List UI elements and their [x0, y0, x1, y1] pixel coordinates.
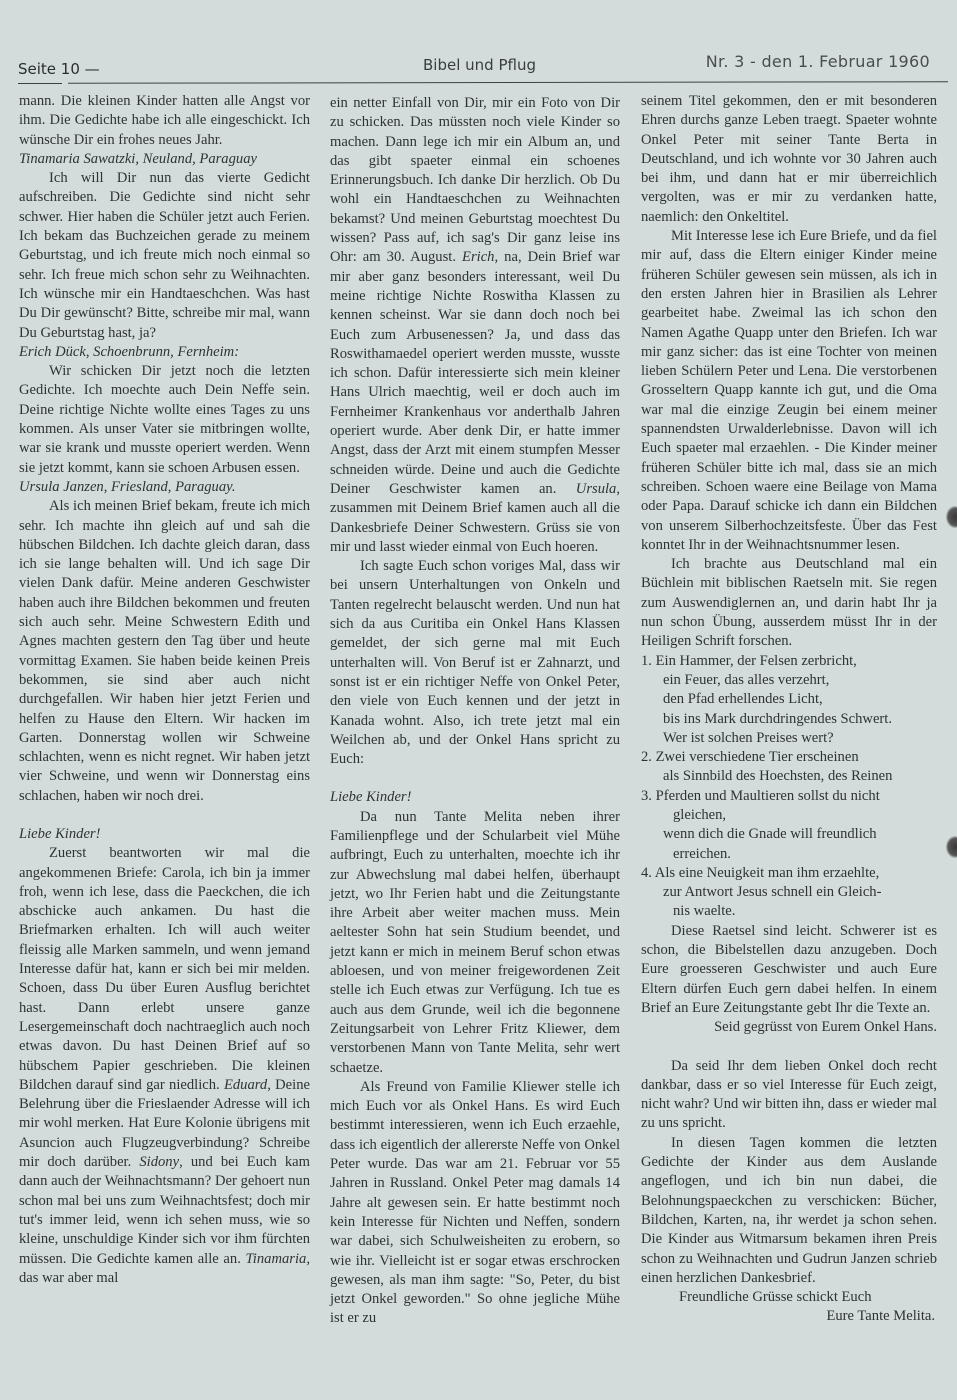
spacer — [330, 769, 620, 788]
paragraph: Da seid Ihr dem lieben Onkel doch recht … — [641, 1057, 937, 1134]
paragraph: ein netter Einfall von Dir, mir ein Foto… — [330, 94, 620, 557]
paragraph: Ich will Dir nun das vierte Gedicht aufs… — [19, 169, 310, 343]
paragraph: Ich brachte aus Deutschland mal ein Büch… — [641, 555, 937, 651]
riddle-number: 4. — [641, 865, 652, 881]
spacer — [19, 806, 310, 825]
riddle-line: bis ins Mark durchdringendes Schwert. — [641, 710, 937, 729]
name-eduard: Eduard — [224, 1077, 267, 1093]
riddle-list: 1. Ein Hammer, der Felsen zerbricht, ein… — [641, 652, 937, 922]
riddle-line: gleichen, — [641, 806, 937, 825]
paragraph: seinem Titel gekommen, den er mit besond… — [641, 92, 937, 227]
riddle-number: 3. — [641, 788, 652, 804]
paragraph: In diesen Tagen kommen die letzten Gedic… — [641, 1134, 937, 1288]
page-number: Seite 10 — — [18, 60, 100, 78]
paragraph: Mit Interesse lese ich Eure Briefe, und … — [641, 227, 937, 555]
riddle-line: wenn dich die Gnade will freundlich — [641, 825, 937, 844]
binder-hole — [946, 506, 957, 528]
text-run: ein netter Einfall von Dir, mir ein Foto… — [330, 95, 620, 265]
header-rule-short — [18, 83, 62, 84]
name-tinamaria: Tinamaria, — [246, 1251, 310, 1267]
letter-signature: Tinamaria Sawatzki, Neuland, Paraguay — [19, 150, 310, 169]
riddle-item: 4. Als eine Neuigkeit man ihm erzaehlte, — [641, 864, 937, 883]
salutation: Liebe Kinder! — [330, 788, 620, 807]
riddle-line: Wer ist solchen Preises wert? — [641, 729, 937, 748]
riddle-line: erreichen. — [641, 845, 937, 864]
text-run: Zuerst beantworten wir mal die angekomme… — [19, 845, 310, 1093]
column-1: mann. Die kleinen Kinder hatten alle Ang… — [19, 92, 310, 1288]
paragraph: Als Freund von Familie Kliewer stelle ic… — [330, 1078, 620, 1329]
paragraph: Ich sagte Euch schon voriges Mal, dass w… — [330, 557, 620, 769]
riddle-line: nis waelte. — [641, 902, 937, 921]
header-rule — [68, 81, 948, 84]
publication-title: Bibel und Pflug — [423, 56, 536, 74]
riddle-line: den Pfad erhellendes Licht, — [641, 690, 937, 709]
issue-date: Nr. 3 - den 1. Februar 1960 — [706, 52, 930, 71]
riddle-line: Als eine Neuigkeit man ihm erzaehlte, — [655, 865, 880, 881]
text-run: , na, Dein Brief war mir aber ganz beson… — [330, 249, 620, 497]
paragraph: Diese Raetsel sind leicht. Schwerer ist … — [641, 922, 937, 1018]
paragraph: Zuerst beantworten wir mal die angekomme… — [19, 844, 310, 1288]
closing-line: Freundliche Grüsse schickt Euch — [641, 1288, 937, 1307]
signature: Eure Tante Melita. — [641, 1307, 937, 1326]
name-ursula: Ursula — [576, 481, 617, 497]
paragraph: Da nun Tante Melita neben ihrer Familien… — [330, 808, 620, 1078]
riddle-number: 2. — [641, 749, 652, 765]
riddle-item: 1. Ein Hammer, der Felsen zerbricht, — [641, 652, 937, 671]
name-erich: Erich — [462, 249, 494, 265]
riddle-item: 3. Pferden und Maultieren sollst du nich… — [641, 787, 937, 806]
spacer — [641, 1038, 937, 1057]
onkel-hans-greeting: Seid gegrüsst von Eurem Onkel Hans. — [641, 1018, 937, 1037]
page-header: Seite 10 — Bibel und Pflug Nr. 3 - den 1… — [18, 52, 938, 82]
riddle-number: 1. — [641, 653, 652, 669]
riddle-line: Zwei verschiedene Tier erscheinen — [656, 749, 859, 765]
column-2: ein netter Einfall von Dir, mir ein Foto… — [330, 94, 620, 1329]
riddle-item: 2. Zwei verschiedene Tier erscheinen — [641, 748, 937, 767]
name-sidony: Sidony — [139, 1154, 179, 1170]
riddle-line: Pferden und Maultieren sollst du nicht — [656, 788, 880, 804]
riddle-line: als Sinnbild des Hoechsten, des Reinen — [641, 767, 937, 786]
riddle-line: Ein Hammer, der Felsen zerbricht, — [656, 653, 857, 669]
binder-hole — [946, 836, 957, 858]
paragraph: Als ich meinen Brief bekam, freute ich m… — [19, 497, 310, 806]
riddle-line: ein Feuer, das alles verzehrt, — [641, 671, 937, 690]
text-run: das war aber mal — [19, 1270, 118, 1286]
column-3: seinem Titel gekommen, den er mit besond… — [641, 92, 937, 1327]
paragraph: mann. Die kleinen Kinder hatten alle Ang… — [19, 92, 310, 150]
salutation: Liebe Kinder! — [19, 825, 310, 844]
paragraph: Wir schicken Dir jetzt noch die letzten … — [19, 362, 310, 478]
letter-signature: Ursula Janzen, Friesland, Paraguay. — [19, 478, 310, 497]
riddle-line: zur Antwort Jesus schnell ein Gleich- — [641, 883, 937, 902]
letter-signature: Erich Dück, Schoenbrunn, Fernheim: — [19, 343, 310, 362]
